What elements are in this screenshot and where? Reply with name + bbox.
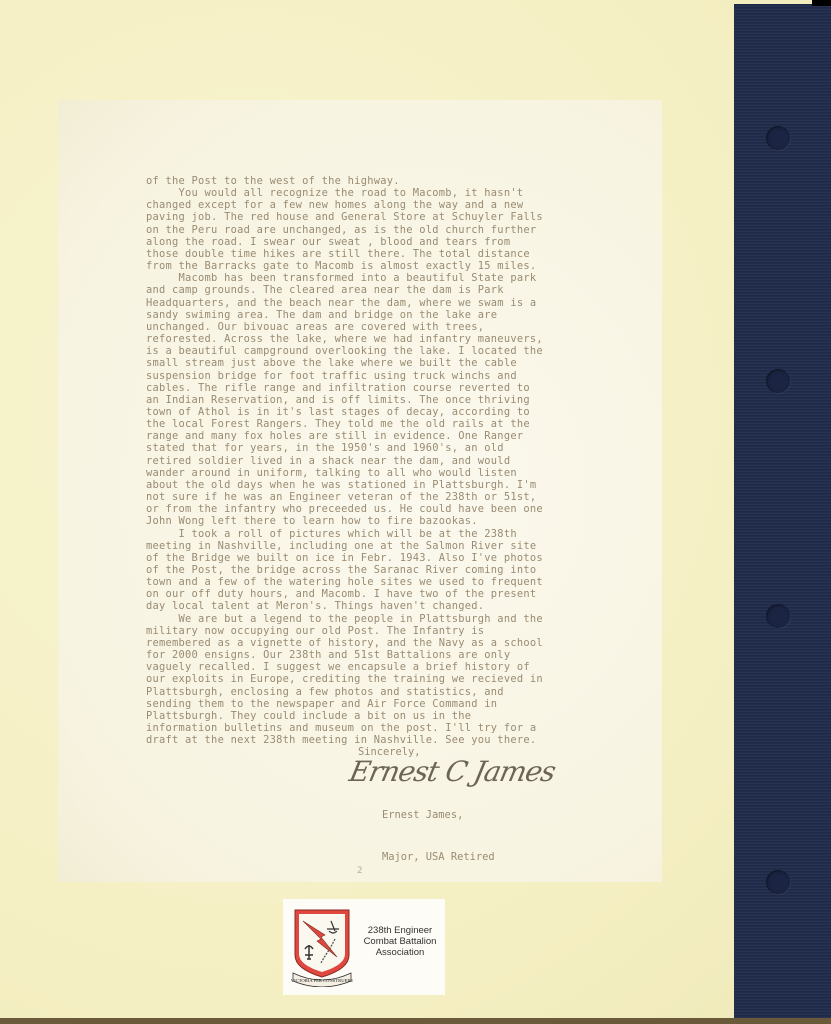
letter-line: of the Post, the bridge across the Saran… (146, 564, 616, 576)
letter-line: Headquarters, and the beach near the dam… (146, 297, 616, 309)
letter-line: stated that for years, in the 1950's and… (146, 442, 616, 454)
signer-name: Ernest James, (382, 808, 495, 822)
letter-line: from the Barracks gate to Macomb is almo… (146, 260, 616, 272)
letter-line: for 2000 ensigns. Our 238th and 51st Bat… (146, 649, 616, 661)
letter-line: John Wong left there to learn how to fir… (146, 515, 616, 527)
association-label: VICTORIA PER CONSTRUERE 238th Engineer C… (283, 899, 445, 995)
letter-line: changed except for a few new homes along… (146, 199, 616, 211)
signature-block: Ernest James, Major, USA Retired (382, 780, 495, 878)
letter-line: information bulletins and museum on the … (146, 722, 616, 734)
binder-ring-hole (766, 870, 790, 894)
letter-line: Macomb has been transformed into a beaut… (146, 272, 616, 284)
page-number: 2 (357, 866, 362, 876)
letter-line: paving job. The red house and General St… (146, 211, 616, 223)
binder-ring-hole (766, 604, 790, 628)
letter-line: sending them to the newspaper and Air Fo… (146, 698, 616, 710)
letter-line: day local talent at Meron's. Things have… (146, 600, 616, 612)
letter-line: the local Forest Rangers. They told me t… (146, 418, 616, 430)
blue-binder-cover (734, 4, 831, 1018)
letter-line: You would all recognize the road to Maco… (146, 187, 616, 199)
letter-line: town of Athol is in it's last stages of … (146, 406, 616, 418)
letter-line: town and a few of the watering hole site… (146, 576, 616, 588)
letter-line: wander around in uniform, talking to all… (146, 467, 616, 479)
letter-line: small stream just above the lake where w… (146, 357, 616, 369)
letter-line: reforested. Across the lake, where we ha… (146, 333, 616, 345)
letter-line: sandy swiming area. The dam and bridge o… (146, 309, 616, 321)
battalion-crest-icon: VICTORIA PER CONSTRUERE (291, 907, 353, 987)
binder-edge (812, 0, 831, 6)
page-bottom-edge (0, 1018, 831, 1024)
letter-line: retired soldier lived in a shack near th… (146, 455, 616, 467)
letter-line: along the road. I swear our sweat , bloo… (146, 236, 616, 248)
binder-ring-hole (766, 369, 790, 393)
letter-line: Plattsburgh. They could include a bit on… (146, 710, 616, 722)
letter-line: remembered as a vignette of history, and… (146, 637, 616, 649)
letter-line: range and many fox holes are still in ev… (146, 430, 616, 442)
binder-ring-hole (766, 126, 790, 150)
letter-line: unchanged. Our bivouac areas are covered… (146, 321, 616, 333)
letter-line: meeting in Nashville, including one at t… (146, 540, 616, 552)
letter-line: and camp grounds. The cleared area near … (146, 284, 616, 296)
letter-line: of the Post to the west of the highway. (146, 175, 616, 187)
association-line-1: 238th Engineer (357, 925, 443, 936)
letter-line: our exploits in Europe, crediting the tr… (146, 673, 616, 685)
letter-line: cables. The rifle range and infiltration… (146, 382, 616, 394)
letter-line: draft at the next 238th meeting in Nashv… (146, 734, 616, 746)
letter-body: of the Post to the west of the highway. … (146, 175, 616, 746)
letter-line: Plattsburgh, enclosing a few photos and … (146, 686, 616, 698)
letter-line: an Indian Reservation, and is off limits… (146, 394, 616, 406)
letter-line: on our off duty hours, and Macomb. I hav… (146, 588, 616, 600)
letter-line: is a beautiful campground overlooking th… (146, 345, 616, 357)
letter-line: of the Bridge we built on ice in Febr. 1… (146, 552, 616, 564)
letter-line: not sure if he was an Engineer veteran o… (146, 491, 616, 503)
signer-title: Major, USA Retired (382, 850, 495, 864)
association-line-2: Combat Battalion (357, 936, 443, 947)
letter-line: vaguely recalled. I suggest we encapsule… (146, 661, 616, 673)
letter-line: on the Peru road are unchanged, as is th… (146, 224, 616, 236)
letter-line: about the old days when he was stationed… (146, 479, 616, 491)
association-line-3: Association (357, 947, 443, 958)
letter-line: or from the infantry who preceeded us. H… (146, 503, 616, 515)
letter-line: military now occupying our old Post. The… (146, 625, 616, 637)
letter-line: We are but a legend to the people in Pla… (146, 613, 616, 625)
svg-text:VICTORIA PER CONSTRUERE: VICTORIA PER CONSTRUERE (291, 978, 353, 983)
association-name: 238th Engineer Combat Battalion Associat… (357, 925, 443, 958)
letter-line: suspension bridge for foot traffic using… (146, 370, 616, 382)
letter-line: those double time hikes are still there.… (146, 248, 616, 260)
letter-line: I took a roll of pictures which will be … (146, 528, 616, 540)
